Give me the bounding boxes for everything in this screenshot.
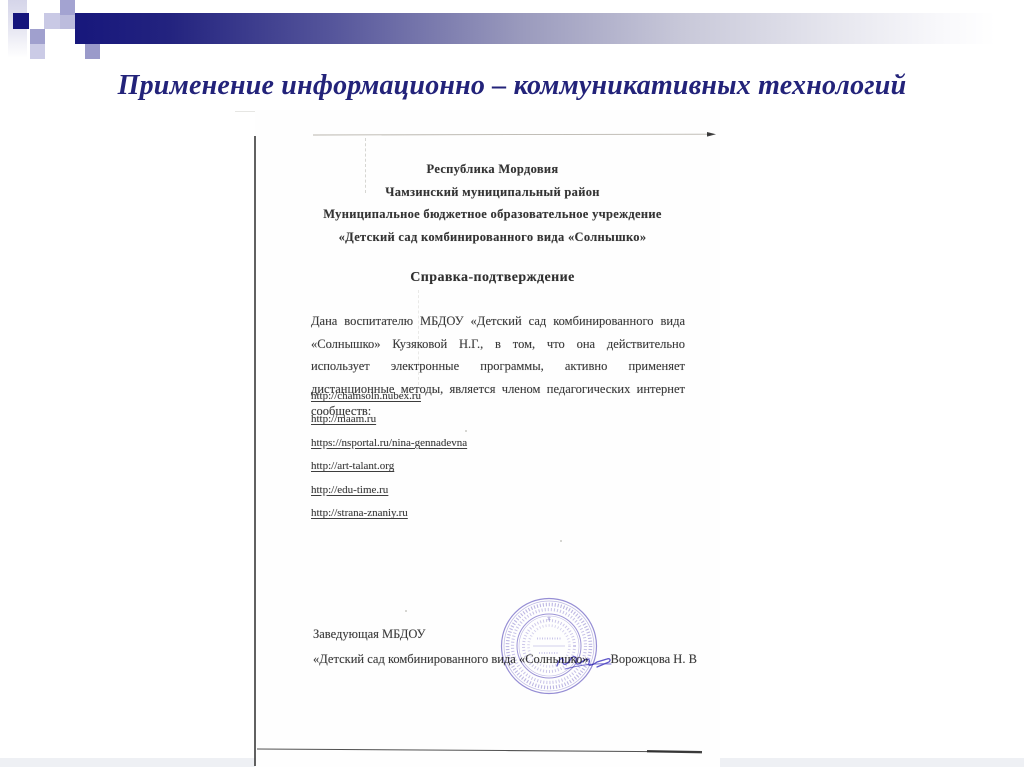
scan-bottom-border <box>255 746 715 756</box>
certificate-links: http://chamsoln.nubex.ru http://maam.ru … <box>311 385 467 525</box>
certificate-link: http://art-talant.org <box>311 455 467 478</box>
certificate-link: https://nsportal.ru/nina-gennadevna <box>311 432 467 455</box>
scan-left-border <box>254 136 256 766</box>
scanned-certificate: Республика Мордовия Чамзинский муниципал… <box>255 110 720 767</box>
scan-speck <box>560 540 562 542</box>
org-header-line: Муниципальное бюджетное образовательное … <box>310 203 675 226</box>
signer-name: Ворожцова Н. В <box>611 652 697 666</box>
slide-title: Применение информационно – коммуникативн… <box>0 70 1024 102</box>
deco-square <box>85 44 100 59</box>
org-header-line: Республика Мордовия <box>310 158 675 181</box>
certificate-link: http://edu-time.ru <box>311 479 467 502</box>
certificate-org-header: Республика Мордовия Чамзинский муниципал… <box>310 158 675 248</box>
deco-square <box>30 29 45 44</box>
signature-icon <box>555 652 613 674</box>
certificate-link: http://maam.ru <box>311 408 467 431</box>
scan-top-border <box>313 131 723 139</box>
header-gradient-bar <box>75 13 1024 44</box>
round-stamp-icon <box>497 594 601 698</box>
deco-left-strip <box>8 0 27 58</box>
deco-square <box>13 13 29 29</box>
presentation-slide: Применение информационно – коммуникативн… <box>0 0 1024 767</box>
certificate-link: http://strana-znaniy.ru <box>311 502 467 525</box>
deco-square <box>60 15 75 29</box>
org-header-line: «Детский сад комбинированного вида «Солн… <box>310 226 675 249</box>
deco-square <box>60 0 75 15</box>
certificate-title: Справка-подтверждение <box>310 270 675 286</box>
org-header-line: Чамзинский муниципальный район <box>310 181 675 204</box>
signoff-role: Заведующая МБДОУ <box>313 627 426 642</box>
deco-square <box>30 44 45 59</box>
certificate-link: http://chamsoln.nubex.ru <box>311 385 467 408</box>
deco-square <box>44 13 60 29</box>
scan-speck <box>405 610 407 612</box>
